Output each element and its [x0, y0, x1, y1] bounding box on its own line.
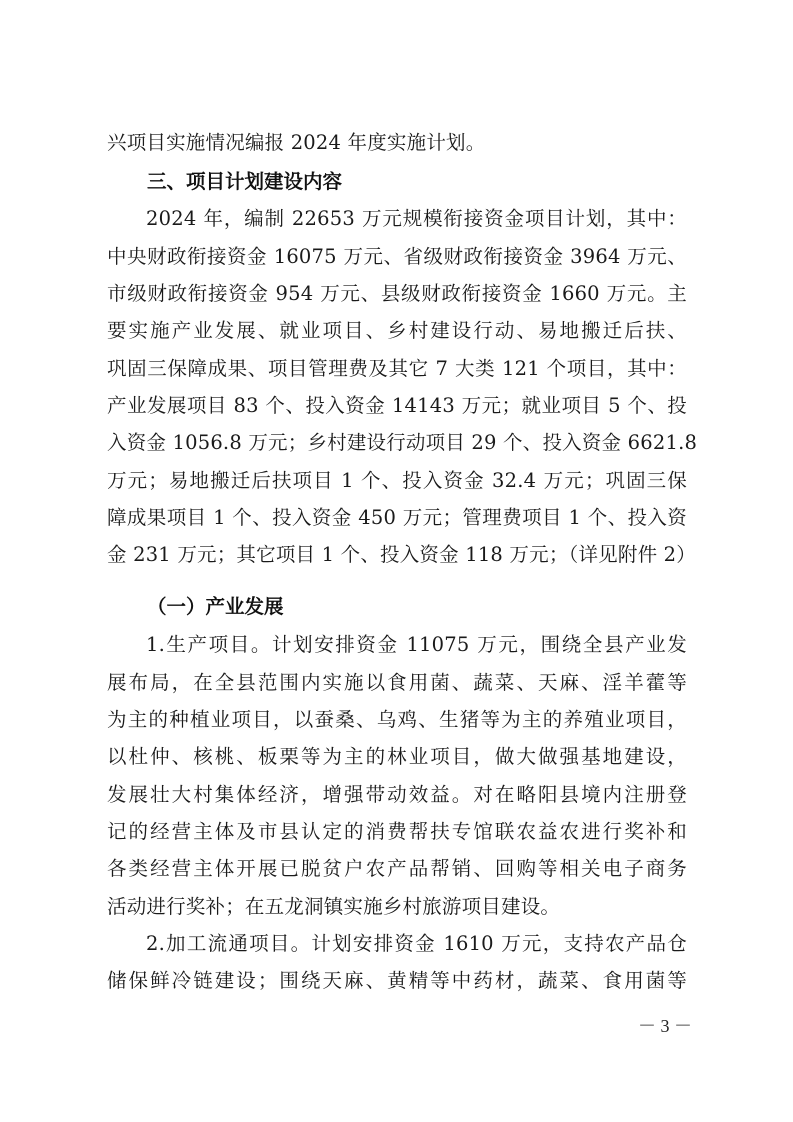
body-line: 金 231 万元；其它项目 1 个、投入资金 118 万元；（详见附件 2）	[107, 536, 687, 573]
body-line: 要实施产业发展、就业项目、乡村建设行动、易地搬迁后扶、	[107, 312, 687, 349]
page-number: － 3 －	[630, 1012, 700, 1038]
body-line: 为主的种植业项目，以蚕桑、乌鸡、生猪等为主的养殖业项目，	[107, 701, 687, 738]
body-line: 各类经营主体开展已脱贫户农产品帮销、回购等相关电子商务	[107, 850, 687, 887]
body-line: 1.生产项目。计划安排资金 11075 万元，围绕全县产业发	[146, 626, 687, 663]
body-line: 2024 年，编制 22653 万元规模衔接资金项目计划，其中：	[146, 200, 687, 237]
section-heading-three: 三、项目计划建设内容	[147, 163, 342, 200]
body-line: 发展壮大村集体经济，增强带动效益。对在略阳县境内注册登	[107, 776, 687, 813]
body-line: 万元；易地搬迁后扶项目 1 个、投入资金 32.4 万元；巩固三保	[107, 462, 687, 499]
subsection-heading-industry: （一）产业发展	[147, 588, 284, 625]
body-line: 市级财政衔接资金 954 万元、县级财政衔接资金 1660 万元。主	[107, 275, 687, 312]
body-line: 入资金 1056.8 万元；乡村建设行动项目 29 个、投入资金 6621.8	[107, 424, 687, 461]
body-line: 障成果项目 1 个、投入资金 450 万元；管理费项目 1 个、投入资	[107, 499, 687, 536]
body-line: 中央财政衔接资金 16075 万元、省级财政衔接资金 3964 万元、	[107, 238, 687, 275]
body-line: 储保鲜冷链建设；围绕天麻、黄精等中药材，蔬菜、食用菌等	[107, 962, 687, 999]
body-line: 2.加工流通项目。计划安排资金 1610 万元，支持农产品仓	[146, 925, 687, 962]
document-page: 兴项目实施情况编报 2024 年度实施计划。 三、项目计划建设内容 2024 年…	[0, 0, 793, 1122]
body-line: 记的经营主体及市县认定的消费帮扶专馆联农益农进行奖补和	[107, 813, 687, 850]
body-line: 兴项目实施情况编报 2024 年度实施计划。	[107, 124, 687, 161]
body-line: 展布局，在全县范围内实施以食用菌、蔬菜、天麻、淫羊藿等	[107, 664, 687, 701]
body-line: 活动进行奖补；在五龙洞镇实施乡村旅游项目建设。	[107, 888, 687, 925]
body-line: 产业发展项目 83 个、投入资金 14143 万元；就业项目 5 个、投	[107, 387, 687, 424]
body-line: 巩固三保障成果、项目管理费及其它 7 大类 121 个项目，其中：	[107, 350, 687, 387]
body-line: 以杜仲、核桃、板栗等为主的林业项目，做大做强基地建设，	[107, 738, 687, 775]
